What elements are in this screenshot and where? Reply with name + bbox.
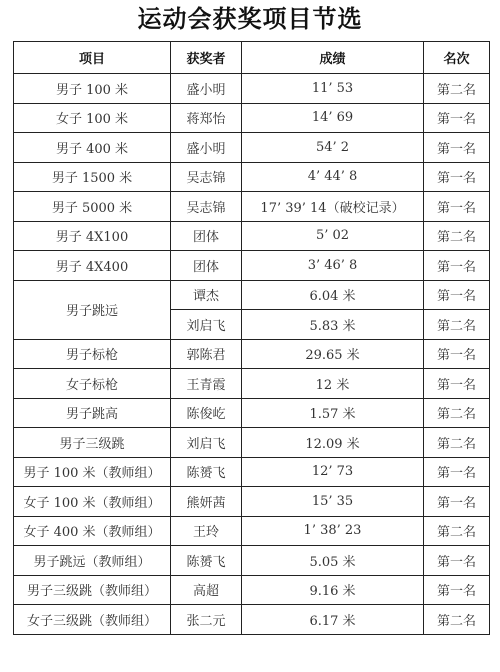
table-row: 男子 4X100 团体 5’ 02 第二名 [14,221,490,251]
winner-cell: 盛小明 [171,74,242,104]
result-cell: 1’ 38’ 23 [242,516,424,546]
winner-cell: 陈俊屹 [171,398,242,428]
rank-cell: 第二名 [424,398,490,428]
event-cell: 男子 400 米 [14,133,171,163]
header-event: 项目 [14,42,171,74]
table-row: 男子跳远 谭杰 6.04 米 第一名 [14,280,490,310]
header-result: 成绩 [242,42,424,74]
rank-cell: 第二名 [424,516,490,546]
table-row: 男子跳高 陈俊屹 1.57 米 第二名 [14,398,490,428]
page-title: 运动会获奖项目节选 [0,4,500,34]
winner-cell: 谭杰 [171,280,242,310]
table-row: 男子 1500 米 吴志锦 4’ 44’ 8 第一名 [14,162,490,192]
rank-cell: 第一名 [424,251,490,281]
event-cell: 男子 4X400 [14,251,171,281]
event-cell: 男子跳远 [14,280,171,339]
result-cell: 29.65 米 [242,339,424,369]
table-row: 男子 100 米 盛小明 11’ 53 第二名 [14,74,490,104]
table-header-row: 项目 获奖者 成绩 名次 [14,42,490,74]
table-row: 女子标枪 王青霞 12 米 第一名 [14,369,490,399]
event-cell: 男子跳远（教师组） [14,546,171,576]
result-cell: 1.57 米 [242,398,424,428]
winner-cell: 团体 [171,221,242,251]
table-row: 女子三级跳（教师组） 张二元 6.17 米 第二名 [14,605,490,635]
table-row: 女子 400 米（教师组） 王玲 1’ 38’ 23 第二名 [14,516,490,546]
event-cell: 女子三级跳（教师组） [14,605,171,635]
rank-cell: 第一名 [424,339,490,369]
rank-cell: 第一名 [424,575,490,605]
table-row: 男子三级跳（教师组） 高超 9.16 米 第一名 [14,575,490,605]
result-cell: 3’ 46’ 8 [242,251,424,281]
winner-cell: 郭陈君 [171,339,242,369]
winner-cell: 陈赟飞 [171,546,242,576]
winner-cell: 张二元 [171,605,242,635]
table-row: 男子 4X400 团体 3’ 46’ 8 第一名 [14,251,490,281]
winner-cell: 刘启飞 [171,428,242,458]
result-cell: 9.16 米 [242,575,424,605]
event-cell: 男子 5000 米 [14,192,171,222]
winner-cell: 刘启飞 [171,310,242,340]
rank-cell: 第一名 [424,546,490,576]
winner-cell: 团体 [171,251,242,281]
header-rank: 名次 [424,42,490,74]
rank-cell: 第一名 [424,487,490,517]
rank-cell: 第二名 [424,74,490,104]
table-row: 男子三级跳 刘启飞 12.09 米 第二名 [14,428,490,458]
event-cell: 男子跳高 [14,398,171,428]
event-cell: 男子三级跳 [14,428,171,458]
result-cell: 5’ 02 [242,221,424,251]
result-cell: 5.05 米 [242,546,424,576]
result-cell: 6.17 米 [242,605,424,635]
rank-cell: 第一名 [424,162,490,192]
result-cell: 12’ 73 [242,457,424,487]
rank-cell: 第一名 [424,133,490,163]
rank-cell: 第一名 [424,369,490,399]
table-row: 男子 5000 米 吴志锦 17’ 39’ 14（破校记录） 第一名 [14,192,490,222]
rank-cell: 第二名 [424,221,490,251]
winner-cell: 王玲 [171,516,242,546]
rank-cell: 第二名 [424,310,490,340]
winner-cell: 熊妍茜 [171,487,242,517]
winner-cell: 陈赟飞 [171,457,242,487]
table-row: 男子 400 米 盛小明 54’ 2 第一名 [14,133,490,163]
result-cell: 12 米 [242,369,424,399]
result-cell: 6.04 米 [242,280,424,310]
table-row: 男子 100 米（教师组） 陈赟飞 12’ 73 第一名 [14,457,490,487]
winner-cell: 吴志锦 [171,192,242,222]
event-cell: 男子 1500 米 [14,162,171,192]
winner-cell: 高超 [171,575,242,605]
result-cell: 5.83 米 [242,310,424,340]
header-winner: 获奖者 [171,42,242,74]
result-cell: 54’ 2 [242,133,424,163]
result-cell: 14’ 69 [242,103,424,133]
event-cell: 女子 400 米（教师组） [14,516,171,546]
result-cell: 17’ 39’ 14（破校记录） [242,192,424,222]
event-cell: 女子标枪 [14,369,171,399]
event-cell: 男子三级跳（教师组） [14,575,171,605]
result-cell: 15’ 35 [242,487,424,517]
table-row: 男子标枪 郭陈君 29.65 米 第一名 [14,339,490,369]
table-row: 女子 100 米（教师组） 熊妍茜 15’ 35 第一名 [14,487,490,517]
result-cell: 11’ 53 [242,74,424,104]
rank-cell: 第一名 [424,103,490,133]
event-cell: 女子 100 米 [14,103,171,133]
event-cell: 女子 100 米（教师组） [14,487,171,517]
rank-cell: 第一名 [424,457,490,487]
awards-table: 项目 获奖者 成绩 名次 男子 100 米 盛小明 11’ 53 第二名 女子 … [13,41,490,635]
event-cell: 男子 100 米 [14,74,171,104]
rank-cell: 第一名 [424,192,490,222]
result-cell: 4’ 44’ 8 [242,162,424,192]
rank-cell: 第一名 [424,280,490,310]
table-row: 男子跳远（教师组） 陈赟飞 5.05 米 第一名 [14,546,490,576]
winner-cell: 盛小明 [171,133,242,163]
winner-cell: 吴志锦 [171,162,242,192]
event-cell: 男子 100 米（教师组） [14,457,171,487]
result-cell: 12.09 米 [242,428,424,458]
rank-cell: 第二名 [424,428,490,458]
table-row: 女子 100 米 蒋郑怡 14’ 69 第一名 [14,103,490,133]
winner-cell: 蒋郑怡 [171,103,242,133]
winner-cell: 王青霞 [171,369,242,399]
event-cell: 男子标枪 [14,339,171,369]
event-cell: 男子 4X100 [14,221,171,251]
rank-cell: 第二名 [424,605,490,635]
